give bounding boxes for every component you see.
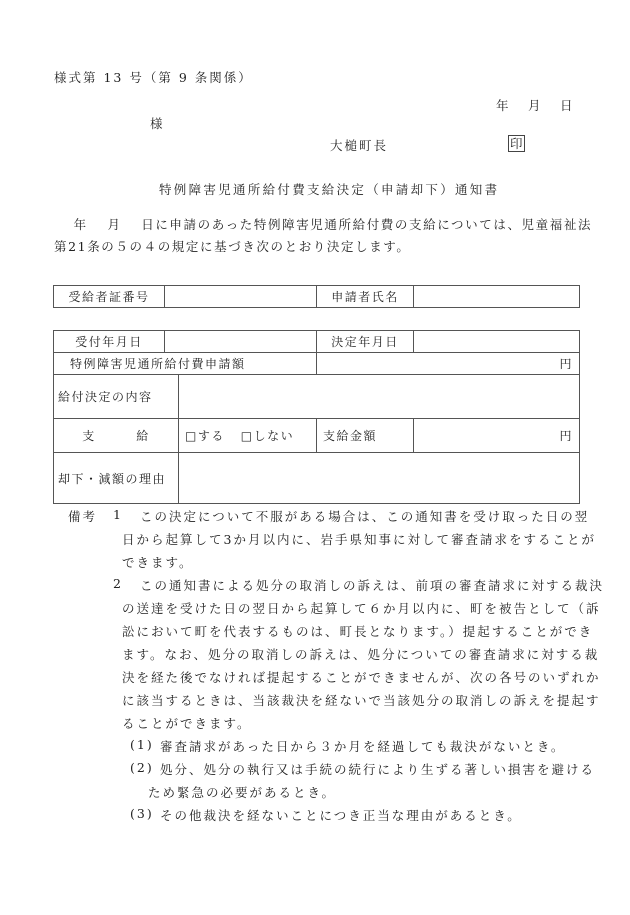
note-1-line: 日から起算して3か月以内に、岩手県知事に対して審査請求をすることが	[122, 530, 596, 548]
yen-unit: 円	[559, 357, 573, 371]
note-2-line: に該当するときは、当該裁決を経ないで当該処分の取消しの訴えを提起す	[122, 691, 601, 709]
subitem-3-number: (3)	[130, 806, 154, 821]
intro-line-2: 第21条の５の４の規定に基づき次のとおり決定します。	[54, 236, 592, 258]
payment-options: □する □しない	[179, 419, 317, 453]
reason-label: 却下・減額の理由	[54, 453, 179, 504]
addressee-suffix: 様	[150, 114, 163, 132]
payment-yes-checkbox[interactable]: □する	[185, 429, 225, 443]
decision-date-field[interactable]	[414, 331, 580, 353]
payment-label: 支 給	[54, 419, 179, 453]
decision-table: 受付年月日 決定年月日 特例障害児通所給付費申請額 円 給付決定の内容 支 給 …	[53, 330, 580, 504]
subitem-2-line: ため緊急の必要があるとき。	[148, 783, 336, 801]
subitem-2-line: 処分、処分の執行又は手続の続行により生ずる著しい損害を避ける	[160, 760, 595, 778]
requested-amount-field[interactable]: 円	[317, 353, 580, 375]
notes-heading: 備考	[68, 507, 97, 525]
reason-field[interactable]	[179, 453, 580, 504]
payment-no-checkbox[interactable]: □しない	[241, 429, 294, 443]
document-title: 特例障害児通所給付費支給決定（申請却下）通知書	[159, 180, 499, 198]
subitem-1-line: 審査請求があった日から３か月を経過しても裁決がないとき。	[160, 737, 565, 755]
intro-paragraph: 年 月 日に申請のあった特例障害児通所給付費の支給については、児童福祉法 第21…	[54, 214, 592, 258]
benefit-content-label: 給付決定の内容	[54, 375, 179, 419]
subitem-3-line: その他裁決を経ないことにつき正当な理由があるとき。	[160, 806, 522, 824]
date-line: 年 月 日	[496, 96, 573, 114]
payment-amount-field[interactable]: 円	[414, 419, 580, 453]
intro-line-1: 年 月 日に申請のあった特例障害児通所給付費の支給については、児童福祉法	[54, 214, 592, 236]
note-2-line: ることができます。	[122, 714, 252, 732]
recipient-number-field[interactable]	[165, 286, 317, 308]
recipient-table: 受給者証番号 申請者氏名	[53, 285, 580, 308]
recipient-number-label: 受給者証番号	[54, 286, 165, 308]
subitem-1-number: (1)	[130, 737, 154, 752]
subitem-2-number: (2)	[130, 760, 154, 775]
note-2-line: ます。なお、処分の取消しの訴えは、処分についての審査請求に対する裁	[122, 645, 599, 663]
note-2-line: この通知書による処分の取消しの訴えは、前項の審査請求に対する裁決	[140, 576, 604, 594]
note-2-line: 訟において町を代表するものは、町長となります。）提起することができ	[122, 622, 593, 640]
applicant-name-field[interactable]	[414, 286, 580, 308]
note-1-line: この決定について不服がある場合は、この通知書を受け取った日の翌	[140, 507, 589, 525]
seal-mark: 印	[508, 135, 525, 152]
benefit-content-field[interactable]	[179, 375, 580, 419]
requested-amount-label: 特例障害児通所給付費申請額	[54, 353, 317, 375]
note-2-line: の送達を受けた日の翌日から起算して６か月以内に、町を被告として（訴	[122, 599, 601, 617]
received-date-field[interactable]	[165, 331, 317, 353]
form-number: 様式第 13 号（第 9 条関係）	[54, 68, 253, 86]
issuer-name: 大槌町長	[330, 136, 388, 154]
note-1-line: できます。	[122, 553, 194, 571]
note-1-number: 1	[113, 507, 123, 522]
note-2-line: 決を経た後でなければ提起することができませんが、次の各号のいずれか	[122, 668, 601, 686]
note-2-number: 2	[113, 576, 123, 591]
received-date-label: 受付年月日	[54, 331, 165, 353]
decision-date-label: 決定年月日	[317, 331, 414, 353]
payment-amount-label: 支給金額	[317, 419, 414, 453]
yen-unit: 円	[559, 429, 573, 443]
applicant-name-label: 申請者氏名	[317, 286, 414, 308]
